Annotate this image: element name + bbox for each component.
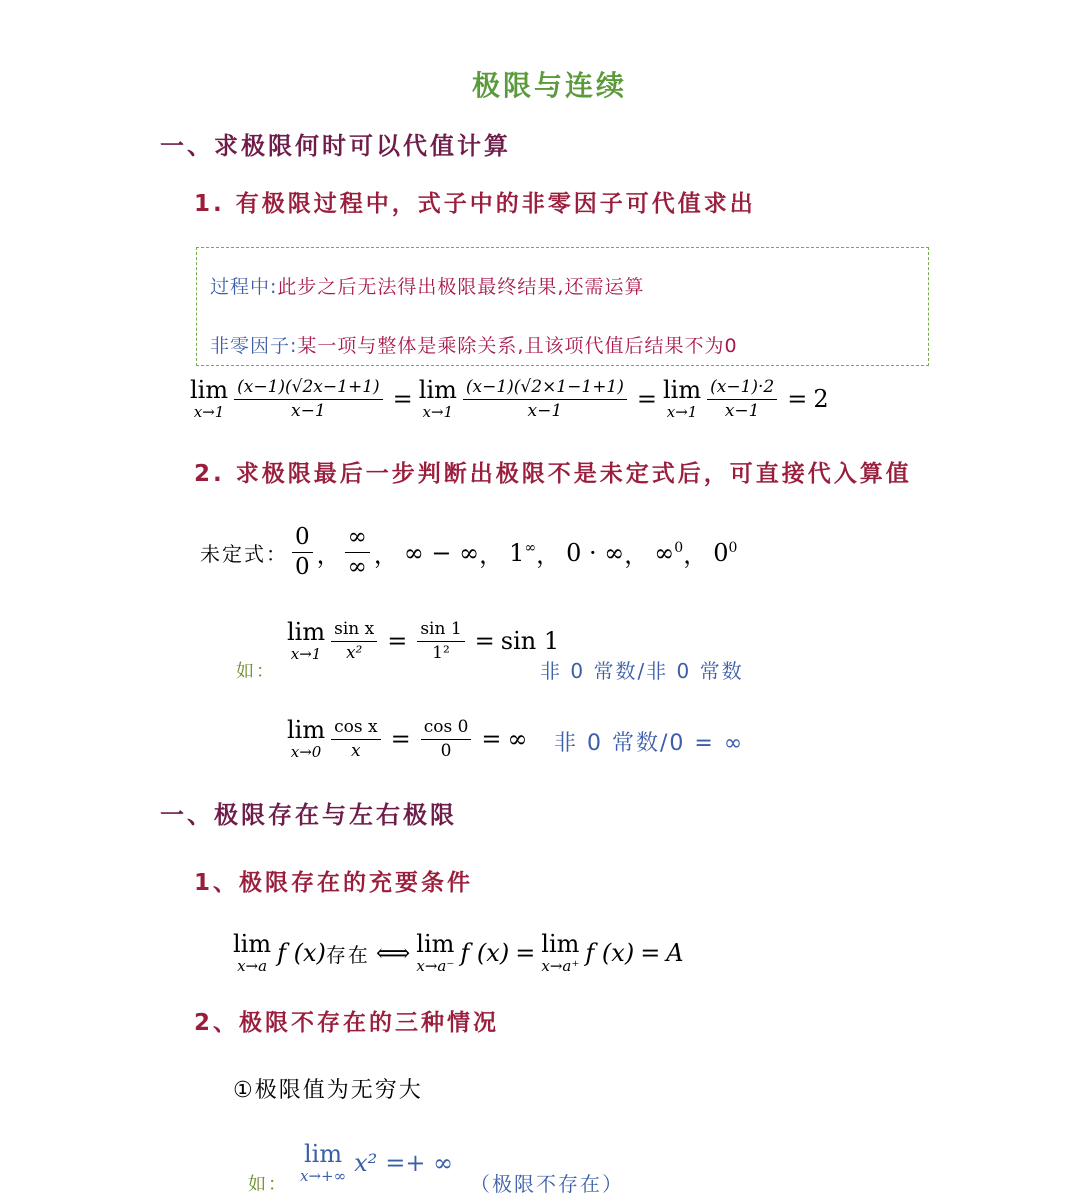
fraction: (x−1)(√2×1−1+1)x−1 xyxy=(463,378,627,420)
lim-operator: limx→1 xyxy=(190,378,228,420)
note-line-nonzero-factor: 非零因子:某一项与整体是乘除关系,且该项代值后结果不为0 xyxy=(210,331,738,358)
equals-sign: = xyxy=(481,725,501,753)
definition-note-box: 过程中:此步之后无法得出极限最终结果,还需运算 非零因子:某一项与整体是乘除关系… xyxy=(196,247,929,366)
example-note-nonzero-over-zero: 非 0 常数/0 = ∞ xyxy=(554,726,744,757)
page-title: 极限与连续 xyxy=(472,64,627,104)
equals-sign: = xyxy=(637,385,657,413)
note-val-nonzero-factor: 某一项与整体是乘除关系,且该项代值后结果不为0 xyxy=(297,335,737,357)
section-heading-limit-existence: 一、极限存在与左右极限 xyxy=(160,795,457,830)
function-fx: f (x) xyxy=(460,939,509,967)
lim-operator: limx→1 xyxy=(287,620,325,662)
exists-text: 存在 xyxy=(326,939,370,968)
iff-symbol: ⟺ xyxy=(376,939,410,967)
note-key-nonzero-factor: 非零因子: xyxy=(210,335,297,357)
equals-sign: = xyxy=(515,939,535,967)
example-label: 如： xyxy=(248,1170,288,1195)
note-key-process: 过程中: xyxy=(210,276,277,298)
form-zero-pow-zero: 00 xyxy=(713,539,737,567)
lim-operator: limx→a xyxy=(233,932,271,974)
equals-sign: = xyxy=(387,627,407,655)
form-inf-over-inf: ∞∞ xyxy=(345,525,370,581)
result-value: sin 1 xyxy=(501,627,559,655)
indeterminate-label: 未定式： xyxy=(200,538,288,567)
section-heading-when-substitute: 一、求极限何时可以代值计算 xyxy=(160,126,511,161)
example-formula-sin: limx→1 sin xx² = sin 11² = sin 1 xyxy=(287,620,559,662)
example-note-nonzero-over-nonzero: 非 0 常数/非 0 常数 xyxy=(540,655,744,684)
lim-operator-left: limx→a⁻ xyxy=(416,932,454,974)
equals-sign: = xyxy=(640,939,660,967)
form-inf-pow-zero: ∞0 xyxy=(654,539,683,567)
note-val-process: 此步之后无法得出极限最终结果,还需运算 xyxy=(277,276,644,298)
fraction: cos xx xyxy=(331,718,380,760)
form-zero-times-inf: 0 · ∞ xyxy=(566,539,624,567)
limit-value-a: A xyxy=(666,939,683,967)
equals-sign: = xyxy=(391,725,411,753)
fraction: sin 11² xyxy=(417,620,464,662)
fraction: sin xx² xyxy=(331,620,377,662)
subheading-necessary-sufficient: 1、极限存在的充要条件 xyxy=(194,864,473,897)
equals-sign: = xyxy=(475,627,495,655)
example-formula-cos: limx→0 cos xx = cos 00 = ∞ xyxy=(287,718,528,760)
lim-operator: limx→0 xyxy=(287,718,325,760)
form-zero-over-zero: 00 xyxy=(292,525,313,581)
lim-operator: limx→1 xyxy=(663,378,701,420)
case-infinite-limit: ①极限值为无穷大 xyxy=(233,1073,423,1104)
lim-operator-right: limx→a⁺ xyxy=(541,932,579,974)
form-one-pow-inf: 1∞ xyxy=(509,539,536,567)
fraction: (x−1)(√2x−1+1)x−1 xyxy=(234,378,383,420)
formula-limit-existence: limx→a f (x) 存在 ⟺ limx→a⁻ f (x) = limx→a… xyxy=(233,932,684,974)
example-formula-x-squared: limx→+∞ x² =+ ∞ xyxy=(300,1142,453,1184)
result-value: 2 xyxy=(813,385,828,413)
function-fx: f (x) xyxy=(585,939,634,967)
expr-x-squared: x² xyxy=(354,1149,377,1177)
equals-sign: = xyxy=(393,385,413,413)
subheading-not-indeterminate: 2. 求极限最后一步判断出极限不是未定式后，可直接代入算值 xyxy=(194,455,912,488)
example-formula-substitution: limx→1 (x−1)(√2x−1+1)x−1 = limx→1 (x−1)(… xyxy=(190,378,829,420)
equals-sign: = xyxy=(787,385,807,413)
subheading-three-cases: 2、极限不存在的三种情况 xyxy=(194,1004,499,1037)
example-label: 如： xyxy=(236,657,276,683)
form-inf-minus-inf: ∞ − ∞ xyxy=(404,539,479,567)
subheading-nonzero-factor: 1. 有极限过程中，式子中的非零因子可代值求出 xyxy=(194,185,756,218)
note-line-process: 过程中:此步之后无法得出极限最终结果,还需运算 xyxy=(210,272,644,299)
fraction: (x−1)·2x−1 xyxy=(707,378,777,420)
rhs-plus-infinity: =+ ∞ xyxy=(385,1149,453,1177)
indeterminate-forms-row: 未定式： 00， ∞∞， ∞ − ∞， 1∞， 0 · ∞， ∞0， 00 xyxy=(200,525,737,581)
result-value: ∞ xyxy=(508,725,528,753)
function-fx: f (x) xyxy=(277,939,326,967)
lim-operator: limx→+∞ xyxy=(300,1142,346,1184)
note-limit-not-exist: （极限不存在） xyxy=(470,1168,624,1195)
fraction: cos 00 xyxy=(421,718,472,760)
lim-operator: limx→1 xyxy=(419,378,457,420)
